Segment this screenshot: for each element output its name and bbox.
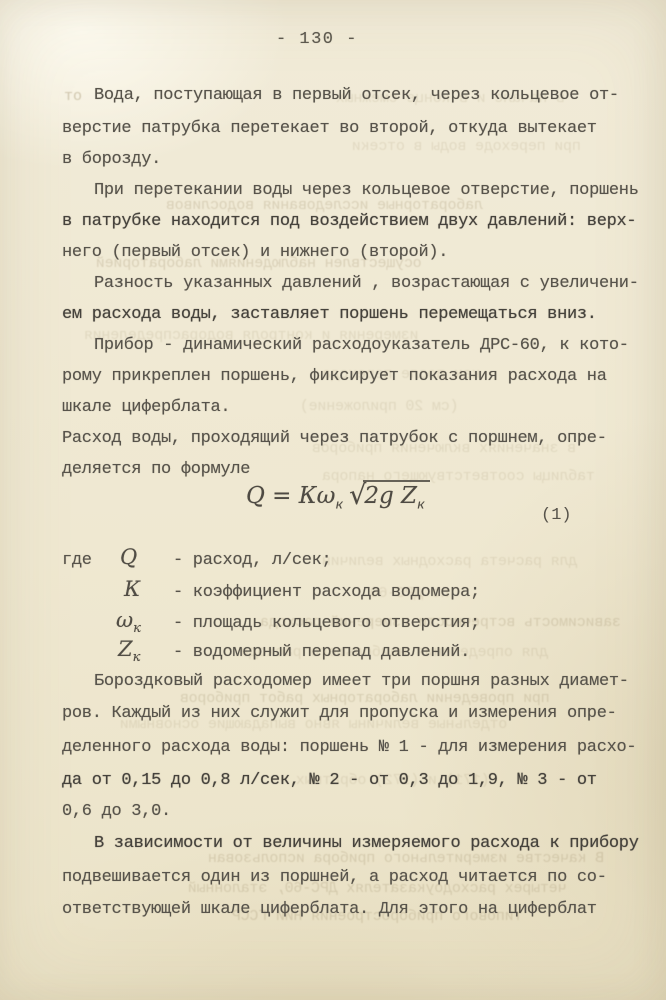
definition-text: - расход, л/сек; — [173, 551, 331, 570]
page-number: - 130 - — [276, 30, 358, 49]
definitions-intro: где — [62, 551, 92, 570]
text-line: подвешивается один из поршней, а расход … — [62, 868, 607, 888]
bleedthrough-text: (см 20 приложение) — [300, 398, 458, 415]
definition-text: - коэффициент расхода водомера; — [173, 583, 480, 602]
text-line: ем расхода воды, заставляет поршень пере… — [62, 305, 597, 325]
text-line: ров. Каждый из них служит для пропуска и… — [62, 704, 617, 724]
symbol-omega: ωк — [116, 608, 141, 636]
definition-text: - площадь кольцевого отверстия; — [173, 614, 480, 633]
text-line: деляется по формуле — [62, 460, 250, 480]
text-line: шкале циферблата. — [62, 398, 230, 418]
formula-coefficient: Кω — [299, 483, 336, 509]
text-line: Прибор - динамический расходоуказатель Д… — [94, 336, 629, 356]
text-line: Бороздковый расходомер имеет три поршня … — [94, 672, 629, 692]
formula-coefficient-subscript: к — [335, 498, 343, 513]
text-line: да от 0,15 до 0,8 л/сек, № 2 - от 0,3 до… — [62, 771, 597, 791]
bleedthrough-text: для расчета расходных величин — [322, 553, 577, 570]
text-line: Расход воды, проходящий через патрубок с… — [62, 429, 607, 449]
text-line: верстие патрубка перетекает во второй, о… — [62, 119, 597, 139]
square-root-sign: √ — [349, 480, 366, 511]
text-line: ответствующей шкале циферблата. Для этог… — [62, 900, 597, 920]
text-line: в патрубке находится под воздействием дв… — [62, 212, 636, 232]
text-line: Вода, поступающая в первый отсек, через … — [94, 86, 619, 106]
text-line: рому прикреплен поршень, фиксирует показ… — [62, 367, 607, 387]
bleedthrough-text: при переходе воды в отсеки — [352, 138, 581, 155]
text-line: него (первый отсек) и нижнего (второй). — [62, 243, 448, 263]
symbol-q: Q — [120, 545, 137, 573]
text-line: При перетекании воды через кольцевое отв… — [94, 181, 639, 201]
formula-q: Q — [246, 483, 265, 509]
formula-z-subscript: к — [417, 498, 425, 513]
symbol-z: Zк — [118, 637, 140, 665]
text-line: Разность указанных давлений , возрастающ… — [94, 274, 639, 294]
formula-under-root: 2g — [364, 483, 401, 509]
formula-flow-equation: Q = Кωк√2g Zк — [246, 479, 430, 513]
text-line: в борозду. — [62, 150, 161, 170]
scanned-page: в начале и в конце смежных при переходе … — [0, 0, 666, 1000]
symbol-k: К — [124, 577, 140, 605]
formula-z: Z — [401, 483, 417, 509]
stray-mark: то — [64, 88, 82, 105]
text-line: 0,6 до 3,0. — [62, 802, 171, 822]
definition-text: - водомерный перепад давлений. — [173, 643, 470, 662]
equals-sign: = — [265, 483, 299, 509]
text-line: В зависимости от величины измеряемого ра… — [94, 834, 639, 854]
formula-number: (1) — [541, 506, 572, 525]
text-line: деленного расхода воды: поршень № 1 - дл… — [62, 738, 636, 758]
